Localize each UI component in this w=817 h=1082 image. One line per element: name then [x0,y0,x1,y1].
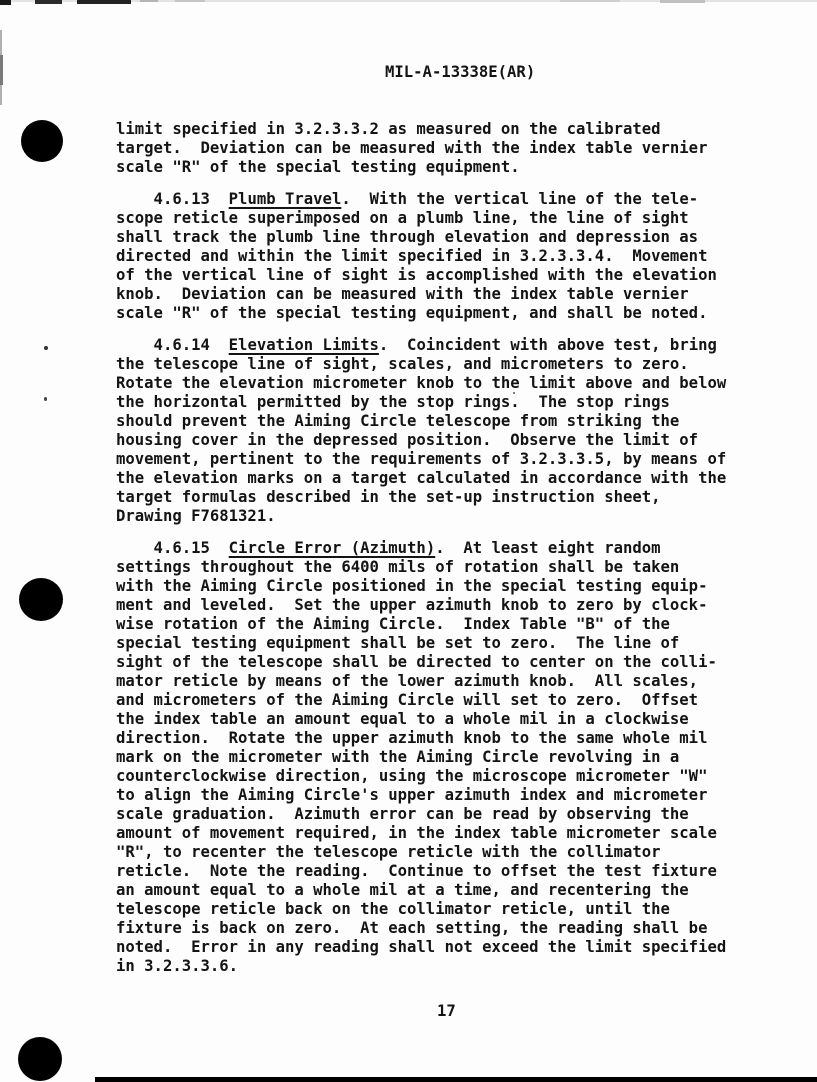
text-segment: reticle. Note the reading. Continue to o… [116,862,717,880]
text-line: direction. Rotate the upper azimuth knob… [116,729,776,748]
text-line: noted. Error in any reading shall not ex… [116,938,776,957]
text-line: and micrometers of the Aiming Circle wil… [116,691,776,710]
text-segment: "R", to recenter the telescope reticle w… [116,843,661,861]
scan-artifact-dash [0,0,11,5]
text-segment: scale graduation. Azimuth error can be r… [116,805,689,823]
para-4-6-14-elevation-limits: 4.6.14 Elevation Limits. Coincident with… [116,336,776,526]
para-4-6-15-circle-error-azimuth: 4.6.15 Circle Error (Azimuth). At least … [116,539,776,976]
text-line: "R", to recenter the telescope reticle w… [116,843,776,862]
text-segment: scope reticle superimposed on a plumb li… [116,209,689,227]
text-line: special testing equipment shall be set t… [116,634,776,653]
text-segment: the horizontal permitted by the stop rin… [116,393,670,411]
section-title: Elevation Limits [229,336,379,354]
text-line: the horizontal permitted by the stop rin… [116,393,776,412]
text-segment: . With the vertical line of the tele- [341,190,698,208]
para-4-6-13-plumb-travel: 4.6.13 Plumb Travel. With the vertical l… [116,190,776,323]
scan-artifact-dash [660,0,705,3]
text-line: mark on the micrometer with the Aiming C… [116,748,776,767]
page-number: 17 [437,1002,456,1020]
text-line: directed and within the limit specified … [116,247,776,266]
text-segment: with the Aiming Circle positioned in the… [116,577,707,595]
section-title: Plumb Travel [229,190,342,208]
text-line: 4.6.13 Plumb Travel. With the vertical l… [116,190,776,209]
text-line: 4.6.15 Circle Error (Azimuth). At least … [116,539,776,558]
scan-speck [44,397,47,401]
text-line: knob. Deviation can be measured with the… [116,285,776,304]
text-line: Rotate the elevation micrometer knob to … [116,374,776,393]
text-line: mator reticle by means of the lower azim… [116,672,776,691]
text-line: target formulas described in the set-up … [116,488,776,507]
text-segment: 4.6.15 [116,539,229,557]
text-segment: should prevent the Aiming Circle telesco… [116,412,679,430]
text-segment: of the vertical line of sight is accompl… [116,266,717,284]
hole-punch-mark [21,120,63,162]
text-segment: movement, pertinent to the requirements … [116,450,726,468]
text-line: scope reticle superimposed on a plumb li… [116,209,776,228]
text-segment: 4.6.14 [116,336,229,354]
scan-artifact-left-edge [0,55,3,85]
text-line: counterclockwise direction, using the mi… [116,767,776,786]
text-segment: 4.6.13 [116,190,229,208]
scan-artifact-dash [77,0,131,4]
text-segment: mator reticle by means of the lower azim… [116,672,698,690]
text-segment: fixture is back on zero. At each setting… [116,919,707,937]
text-segment: Rotate the elevation micrometer knob to … [116,374,726,392]
text-segment: counterclockwise direction, using the mi… [116,767,707,785]
section-title: Circle Error (Azimuth) [229,539,436,557]
text-segment: . At least eight random [435,539,660,557]
text-line: sight of the telescope shall be directed… [116,653,776,672]
text-line: housing cover in the depressed position.… [116,431,776,450]
text-line: settings throughout the 6400 mils of rot… [116,558,776,577]
text-line: scale "R" of the special testing equipme… [116,304,776,323]
text-line: shall track the plumb line through eleva… [116,228,776,247]
para-continuation: limit specified in 3.2.3.3.2 as measured… [116,120,776,177]
text-segment: knob. Deviation can be measured with the… [116,285,689,303]
text-segment: ment and leveled. Set the upper azimuth … [116,596,707,614]
text-segment: scale "R" of the special testing equipme… [116,304,707,322]
text-line: Drawing F7681321. [116,507,776,526]
text-segment: an amount equal to a whole mil at a time… [116,881,689,899]
text-line: in 3.2.3.3.6. [116,957,776,976]
text-segment: in 3.2.3.3.6. [116,957,238,975]
text-segment: the telescope line of sight, scales, and… [116,355,689,373]
text-segment: to align the Aiming Circle's upper azimu… [116,786,707,804]
text-line: 4.6.14 Elevation Limits. Coincident with… [116,336,776,355]
text-segment: target. Deviation can be measured with t… [116,139,707,157]
text-segment: settings throughout the 6400 mils of rot… [116,558,679,576]
text-segment: Drawing F7681321. [116,507,276,525]
text-segment: direction. Rotate the upper azimuth knob… [116,729,707,747]
text-segment: target formulas described in the set-up … [116,488,661,506]
text-segment: wise rotation of the Aiming Circle. Inde… [116,615,670,633]
text-line: movement, pertinent to the requirements … [116,450,776,469]
text-segment: the index table an amount equal to a who… [116,710,689,728]
hole-punch-mark [19,578,63,621]
text-line: of the vertical line of sight is accompl… [116,266,776,285]
text-line: fixture is back on zero. At each setting… [116,919,776,938]
text-line: the elevation marks on a target calculat… [116,469,776,488]
text-line: with the Aiming Circle positioned in the… [116,577,776,596]
scan-artifact-bottom-edge [95,1077,817,1082]
text-line: an amount equal to a whole mil at a time… [116,881,776,900]
body-text: limit specified in 3.2.3.3.2 as measured… [116,120,776,989]
text-line: should prevent the Aiming Circle telesco… [116,412,776,431]
text-segment: noted. Error in any reading shall not ex… [116,938,726,956]
text-line: ment and leveled. Set the upper azimuth … [116,596,776,615]
text-line: scale graduation. Azimuth error can be r… [116,805,776,824]
scan-artifact-dash [35,0,62,4]
text-line: the index table an amount equal to a who… [116,710,776,729]
text-segment: . Coincident with above test, bring [379,336,717,354]
text-line: target. Deviation can be measured with t… [116,139,776,158]
document-number-header: MIL-A-13338E(AR) [385,63,535,81]
text-segment: special testing equipment shall be set t… [116,634,679,652]
text-segment: scale "R" of the special testing equipme… [116,158,520,176]
scanned-document-page: MIL-A-13338E(AR) limit specified in 3.2.… [0,0,817,1082]
text-segment: telescope reticle back on the collimator… [116,900,670,918]
text-segment: housing cover in the depressed position.… [116,431,698,449]
scan-artifact-dash [140,0,158,2]
scan-speck [44,346,48,350]
text-segment: directed and within the limit specified … [116,247,707,265]
text-line: scale "R" of the special testing equipme… [116,158,776,177]
text-segment: amount of movement required, in the inde… [116,824,717,842]
text-line: reticle. Note the reading. Continue to o… [116,862,776,881]
text-line: telescope reticle back on the collimator… [116,900,776,919]
text-segment: and micrometers of the Aiming Circle wil… [116,691,698,709]
text-line: limit specified in 3.2.3.3.2 as measured… [116,120,776,139]
text-line: the telescope line of sight, scales, and… [116,355,776,374]
scan-artifact-dash [560,0,620,2]
text-segment: shall track the plumb line through eleva… [116,228,698,246]
text-segment: limit specified in 3.2.3.3.2 as measured… [116,120,661,138]
scan-artifact-dash [175,0,205,2]
text-segment: the elevation marks on a target calculat… [116,469,726,487]
hole-punch-mark [18,1037,62,1081]
text-segment: sight of the telescope shall be directed… [116,653,717,671]
text-line: wise rotation of the Aiming Circle. Inde… [116,615,776,634]
text-line: amount of movement required, in the inde… [116,824,776,843]
text-segment: mark on the micrometer with the Aiming C… [116,748,679,766]
text-line: to align the Aiming Circle's upper azimu… [116,786,776,805]
